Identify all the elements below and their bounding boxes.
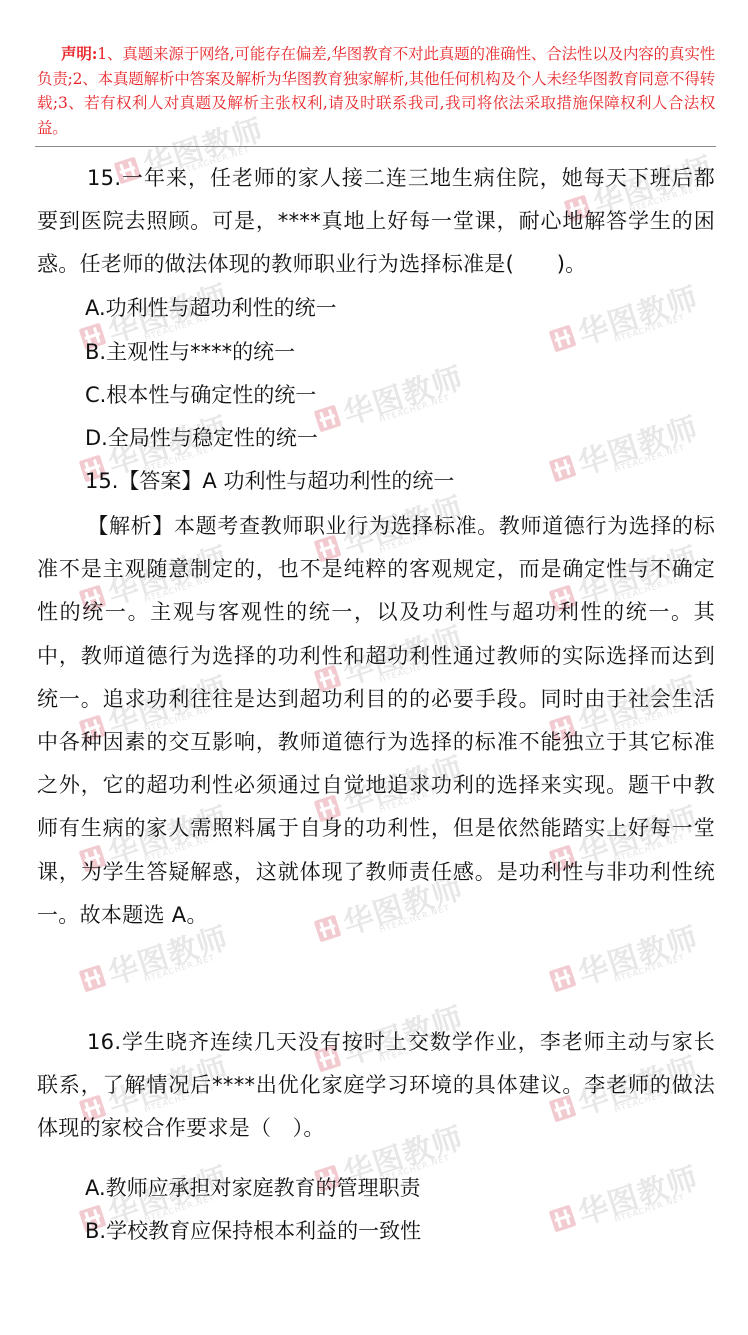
question-15-answer: 15.【答案】A 功利性与超功利性的统一 — [85, 466, 454, 496]
watermark-logo-icon — [79, 965, 107, 993]
question-16-option-b: B.学校教育应保持根本利益的一致性 — [85, 1216, 421, 1246]
disclaimer-text: 1、真题来源于网络,可能存在偏差,华图教育不对此真题的准确性、合法性以及内容的真… — [37, 45, 715, 137]
question-16-stem-block: 16.学生晓齐连续几天没有按时上交数学作业，李老师主动与家长联系，了解情况后**… — [37, 1021, 715, 1151]
watermark-logo-icon — [549, 965, 577, 993]
question-15-analysis-block: 【解析】本题考查教师职业行为选择标准。教师道德行为选择的标准不是主观随意制定的，… — [37, 505, 715, 937]
document-page: 华图教师 HTEACHER.NET 华图教师 HTEACHER.NET 华图教师… — [0, 0, 748, 1335]
question-15-option-b: B.主观性与****的统一 — [85, 337, 295, 367]
divider — [35, 146, 716, 147]
question-16-option-a: A.教师应承担对家庭教育的管理职责 — [85, 1173, 421, 1203]
question-15-option-a: A.功利性与超功利性的统一 — [85, 293, 337, 323]
disclaimer: 声明:1、真题来源于网络,可能存在偏差,华图教育不对此真题的准确性、合法性以及内… — [37, 42, 715, 140]
watermark-logo-icon — [549, 325, 577, 353]
question-16-stem: 16.学生晓齐连续几天没有按时上交数学作业，李老师主动与家长联系，了解情况后**… — [37, 1030, 715, 1140]
question-15-stem: 15.一年来，任老师的家人接二连三地生病住院，她每天下班后都要到医院去照顾。可是… — [37, 166, 715, 276]
watermark-logo-icon — [549, 1205, 577, 1233]
question-15-stem-block: 15.一年来，任老师的家人接二连三地生病住院，她每天下班后都要到医院去照顾。可是… — [37, 157, 715, 287]
question-15-analysis: 【解析】本题考查教师职业行为选择标准。教师道德行为选择的标准不是主观随意制定的，… — [37, 514, 715, 927]
question-15-option-c: C.根本性与确定性的统一 — [85, 380, 316, 410]
watermark-logo-icon — [549, 455, 577, 483]
question-15-option-d: D.全局性与稳定性的统一 — [85, 423, 318, 453]
disclaimer-lead: 声明: — [49, 44, 97, 63]
watermark-logo-icon — [314, 405, 342, 433]
